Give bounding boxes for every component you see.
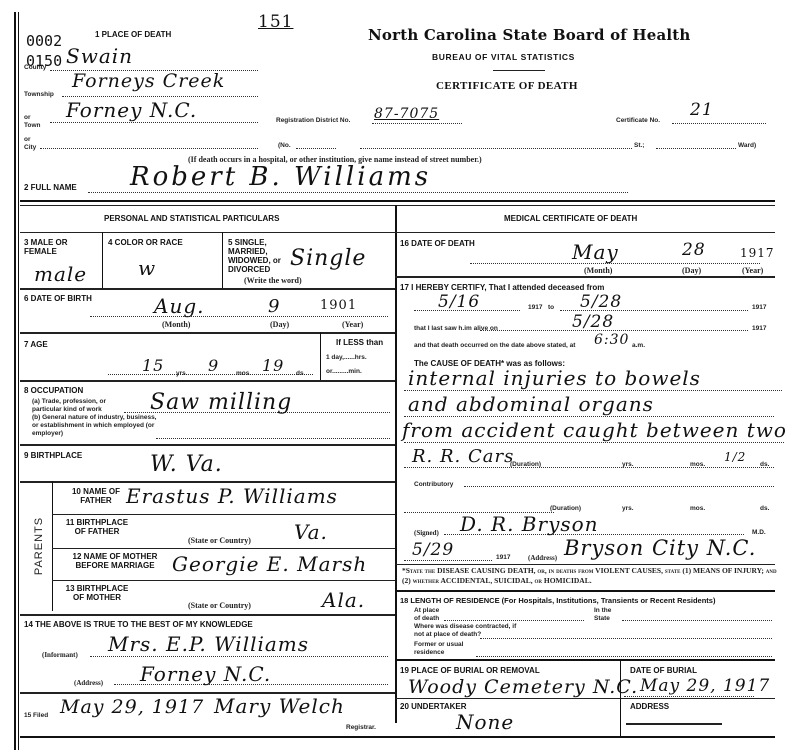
father-name-value[interactable]: Erastus P. Williams xyxy=(126,484,338,508)
attended-to: 5/28 xyxy=(580,292,622,312)
dob-month: Aug. xyxy=(154,294,204,318)
attended-from: 5/16 xyxy=(438,292,480,312)
personal-section-title: PERSONAL AND STATISTICAL PARTICULARS xyxy=(104,214,279,223)
father-state-caption: (State or Country) xyxy=(188,536,251,545)
birthplace-value[interactable]: W. Va. xyxy=(150,452,223,477)
right-div-1 xyxy=(395,232,775,233)
cause-line-4: R. R. Cars xyxy=(412,446,514,467)
dob-year-caption: (Year) xyxy=(342,320,363,329)
dob-day: 9 xyxy=(268,296,280,317)
left-div-6 xyxy=(20,481,395,483)
cause-line-3: from accident caught between two xyxy=(402,418,787,442)
father-name-label: 10 NAME OF FATHER xyxy=(60,487,132,505)
physician-address-label: (Address) xyxy=(528,554,557,562)
township-value: Forneys Creek xyxy=(72,70,225,92)
left-div-5 xyxy=(20,444,395,446)
filed-label: 15 Filed xyxy=(24,712,48,720)
registrar-signature[interactable]: Mary Welch xyxy=(214,694,345,718)
less-min-label[interactable]: or.........min. xyxy=(326,368,362,376)
duration-yrs-caption: yrs. xyxy=(622,461,634,469)
contributory-mos-caption: mos. xyxy=(690,505,705,513)
certificate-label: Certificate No. xyxy=(616,117,660,125)
full-name-label: 2 FULL NAME xyxy=(24,183,77,192)
town-label: or Town xyxy=(24,114,44,130)
father-birthplace-label: 11 BIRTHPLACE OF FATHER xyxy=(60,518,134,536)
occupation-a-label: (a) Trade, profession, or particular kin… xyxy=(32,398,132,414)
informant-section-label: 14 THE ABOVE IS TRUE TO THE BEST OF MY K… xyxy=(24,620,253,629)
burial-date-label: DATE OF BURIAL xyxy=(630,666,697,675)
burial-date[interactable]: May 29, 1917 xyxy=(640,676,770,696)
burial-place[interactable]: Woody Cemetery N.C. xyxy=(408,676,638,698)
left-border xyxy=(14,12,16,750)
attended-from-year: 1917 xyxy=(528,304,542,312)
death-time-value[interactable]: 6:30 xyxy=(594,332,629,348)
county-label: County xyxy=(24,64,46,72)
dod-year-caption: (Year) xyxy=(742,266,763,275)
race-marital-divider xyxy=(222,232,223,288)
parents-divider xyxy=(52,481,53,611)
dod-month-caption: (Month) xyxy=(584,266,612,275)
sex-label: 3 MALE OR FEMALE xyxy=(24,238,84,256)
age-label: 7 AGE xyxy=(24,340,48,349)
informant-value: Mrs. E.P. Williams xyxy=(108,632,309,656)
burial-divider xyxy=(620,661,621,737)
mother-birthplace-label: 13 BIRTHPLACE OF MOTHER xyxy=(60,584,134,602)
header-divider xyxy=(493,70,545,71)
duration-days: 1/2 xyxy=(724,450,746,464)
marital-value[interactable]: Single xyxy=(290,246,366,271)
age-years: 15 xyxy=(142,356,164,375)
informant-label: (Informant) xyxy=(42,651,78,659)
cause-line-1: internal injuries to bowels xyxy=(408,366,701,390)
medical-section-title: MEDICAL CERTIFICATE OF DEATH xyxy=(504,214,637,223)
at-place-field[interactable] xyxy=(444,614,584,621)
mother-birthplace-value[interactable]: Ala. xyxy=(322,588,365,612)
former-residence-field[interactable] xyxy=(476,650,772,657)
sex-race-divider xyxy=(102,232,103,288)
bottom-border-right xyxy=(395,736,775,738)
death-time-label: and that death occurred on the date abov… xyxy=(414,342,575,350)
age-less-divider xyxy=(320,332,321,380)
dob-label: 6 DATE OF BIRTH xyxy=(24,294,92,303)
certificate-field[interactable] xyxy=(672,112,766,124)
parents-label: PARENTS xyxy=(33,517,45,575)
county-value: Swain xyxy=(66,44,133,68)
dob-month-caption: (Month) xyxy=(162,320,190,329)
age-days: 19 xyxy=(262,356,284,375)
contributory-field[interactable] xyxy=(464,480,774,487)
certify-label: 17 I HEREBY CERTIFY, That I attended dec… xyxy=(400,283,604,292)
registration-district-label: Registration District No. xyxy=(276,117,350,125)
right-div-6 xyxy=(395,698,775,699)
cause-line-2: and abdominal organs xyxy=(408,392,654,416)
street-label: St.; xyxy=(634,142,644,150)
town-value: Forney N.C. xyxy=(66,98,197,122)
in-state-field[interactable] xyxy=(622,614,772,621)
dod-day-caption: (Day) xyxy=(682,266,701,275)
stamp-line-1: 0002 xyxy=(26,32,62,50)
right-div-2 xyxy=(395,276,775,278)
informant-address-label: (Address) xyxy=(74,679,103,687)
right-div-3 xyxy=(395,564,775,565)
physician-address[interactable]: Bryson City N.C. xyxy=(564,536,756,560)
occupation-b-label: (b) General nature of industry, business… xyxy=(32,414,160,438)
race-label: 4 COLOR OR RACE xyxy=(108,238,183,247)
certificate-title: CERTIFICATE OF DEATH xyxy=(436,80,578,92)
signed-year: 1917 xyxy=(496,554,510,562)
dod-label: 16 DATE OF DEATH xyxy=(400,239,475,248)
left-div-3 xyxy=(20,332,395,334)
page-number: 151 xyxy=(258,12,293,32)
at-place-label: At place of death xyxy=(414,607,444,623)
full-name-value: Robert B. Williams xyxy=(130,162,431,192)
left-div-4 xyxy=(20,380,395,382)
dod-year: 1917 xyxy=(740,246,775,260)
dob-day-caption: (Day) xyxy=(270,320,289,329)
informant-address-value: Forney N.C. xyxy=(140,662,271,686)
occupation-label: 8 OCCUPATION xyxy=(24,386,83,395)
last-saw-year: 1917 xyxy=(752,325,766,333)
duration-mos-caption: mos. xyxy=(690,461,705,469)
divider-top-2 xyxy=(20,205,775,206)
contributory-yrs-caption: yrs. xyxy=(622,505,634,513)
left-border-inner xyxy=(18,12,19,750)
age-yrs-caption: yrs. xyxy=(176,370,188,378)
duration-ds-caption: ds. xyxy=(760,461,769,469)
undertaker-value[interactable]: None xyxy=(456,710,514,734)
contributory-ds-caption: ds. xyxy=(760,505,769,513)
divider-top-1 xyxy=(20,200,775,202)
dob-year: 1901 xyxy=(320,298,357,313)
to-label: to xyxy=(548,304,554,312)
certificate-value: 21 xyxy=(690,100,714,120)
age-mos-caption: mos. xyxy=(236,370,251,378)
left-div-2 xyxy=(20,288,395,290)
attended-to-year: 1917 xyxy=(752,304,766,312)
burial-label: 19 PLACE OF BURIAL OR REMOVAL xyxy=(400,666,540,675)
sex-value[interactable]: male xyxy=(34,262,87,286)
age-months: 9 xyxy=(208,356,219,375)
undertaker-address-label: ADDRESS xyxy=(630,702,669,711)
dod-month: May xyxy=(572,240,619,264)
street-field[interactable] xyxy=(360,140,632,149)
township-label: Township xyxy=(24,91,54,99)
last-saw-value: 5/28 xyxy=(572,312,614,332)
signed-date: 5/29 xyxy=(412,540,454,560)
left-div-1 xyxy=(20,232,395,233)
parents-div-3 xyxy=(52,580,395,581)
residence-label: 18 LENGTH OF RESIDENCE (For Hospitals, I… xyxy=(400,596,715,605)
ward-label: Ward) xyxy=(738,142,756,150)
undertaker-address-field[interactable] xyxy=(626,722,722,725)
board-title: North Carolina State Board of Health xyxy=(368,26,691,44)
birthplace-label: 9 BIRTHPLACE xyxy=(24,451,82,460)
race-value[interactable]: w xyxy=(138,256,156,280)
former-residence-label: Former or usual residence xyxy=(414,641,474,657)
registrar-label: Registrar. xyxy=(346,724,376,732)
place-of-death-label: 1 PLACE OF DEATH xyxy=(95,30,171,39)
marital-label: 5 SINGLE, MARRIED, WIDOWED, or DIVORCED xyxy=(228,238,296,274)
in-state-label: In the State xyxy=(594,607,622,623)
left-div-7 xyxy=(20,614,395,616)
ward-field[interactable] xyxy=(656,140,736,149)
less-than-label: If LESS than xyxy=(336,338,383,347)
registration-district-value: 87-7075 xyxy=(374,106,439,122)
parents-div-2 xyxy=(52,548,395,549)
contributory-label: Contributory xyxy=(414,481,453,489)
right-div-5 xyxy=(395,659,775,661)
signed-label: (Signed) xyxy=(414,529,439,537)
age-ds-caption: ds. xyxy=(296,370,305,378)
occupation-b-field[interactable] xyxy=(156,432,390,439)
center-divider xyxy=(395,205,397,723)
contracted-field[interactable] xyxy=(480,632,772,639)
right-div-4 xyxy=(395,590,775,592)
parents-div-1 xyxy=(52,514,395,515)
bureau-label: BUREAU OF VITAL STATISTICS xyxy=(432,52,575,62)
mother-state-caption: (State or Country) xyxy=(188,601,251,610)
occupation-value: Saw milling xyxy=(150,390,292,415)
marital-note: (Write the word) xyxy=(244,276,302,285)
duration-label: (Duration) xyxy=(510,461,541,469)
street-no-field[interactable] xyxy=(296,140,336,149)
father-birthplace-value[interactable]: Va. xyxy=(294,520,328,544)
less-day-label[interactable]: 1 day,......hrs. xyxy=(326,354,367,362)
filed-date[interactable]: May 29, 1917 xyxy=(60,696,204,718)
street-no-label: (No. xyxy=(278,142,291,150)
physician-signature[interactable]: D. R. Bryson xyxy=(460,512,599,536)
bottom-border xyxy=(20,736,395,738)
cause-note: *State the DISEASE CAUSING DEATH, or, in… xyxy=(402,566,777,586)
dod-day: 28 xyxy=(682,240,706,260)
death-time-suffix: a.m. xyxy=(632,342,645,350)
mother-name-label: 12 NAME OF MOTHER BEFORE MARRIAGE xyxy=(60,552,170,570)
city-field[interactable] xyxy=(40,140,258,149)
mother-name-value[interactable]: Georgie E. Marsh xyxy=(172,552,367,576)
